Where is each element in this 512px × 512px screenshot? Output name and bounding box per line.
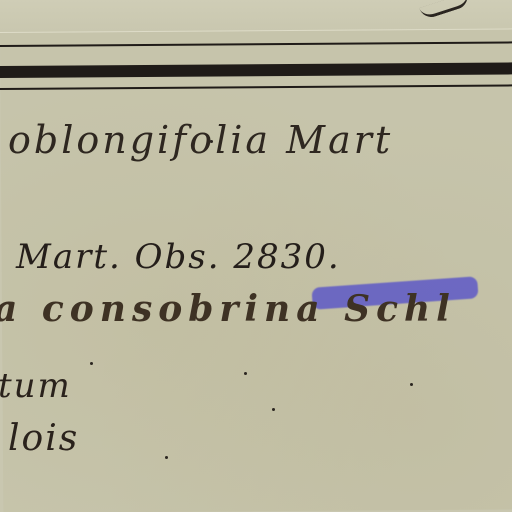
paper-speck [90,362,93,365]
border-rule-thin-top [0,41,512,47]
handwritten-fragment-lois: lois [8,418,79,459]
paper-speck [244,372,247,375]
paper-speck [272,408,275,411]
border-rule-thick [0,62,512,78]
paper-speck [210,140,213,143]
paper-speck [410,383,413,386]
handwritten-variety-name: a consobrina Schl [0,288,456,330]
handwritten-observation-number: Mart. Obs. 2830. [16,237,341,277]
paper-speck [165,456,168,459]
ink-stroke-fragment [419,0,471,20]
border-rule-thin-bottom [0,84,512,90]
handwritten-species-name: oblongifolia Mart [8,118,393,162]
handwritten-fragment-tum: tum [0,366,72,406]
